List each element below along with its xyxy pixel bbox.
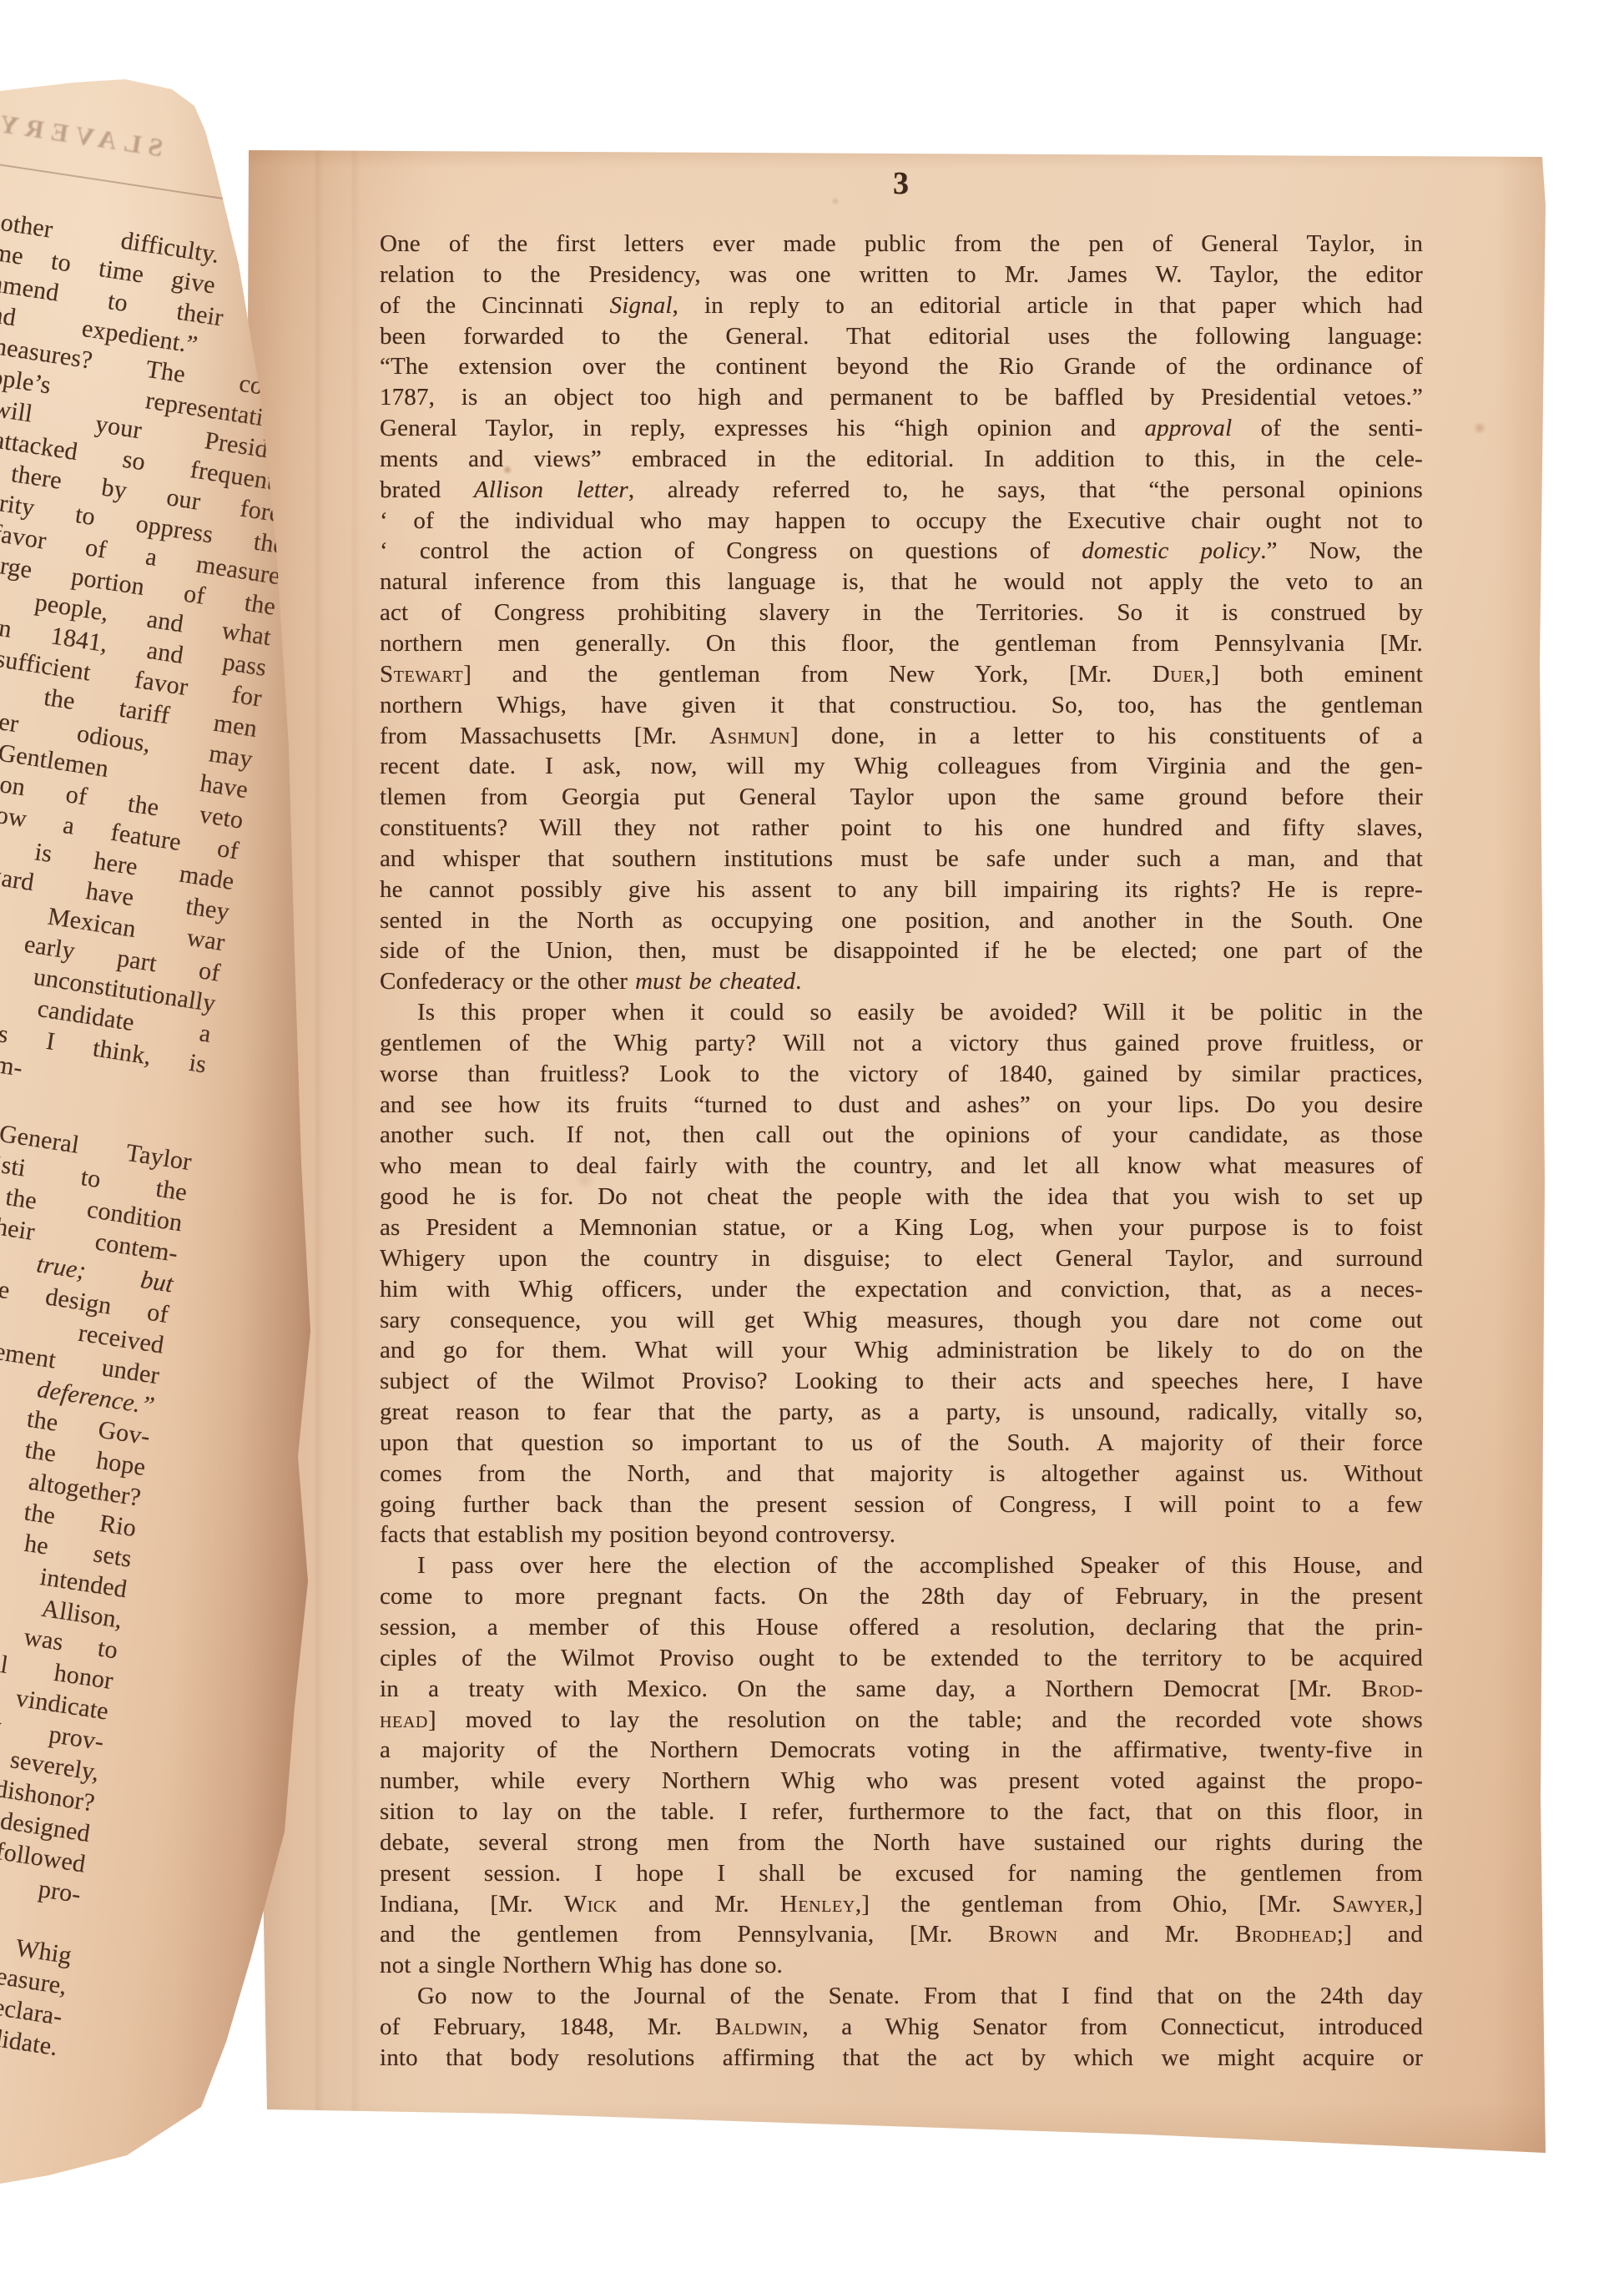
book-page-right: 3 One of the first letters ever made pub… xyxy=(244,147,1546,2160)
text-line: another such. If not, then call out the … xyxy=(380,1120,1423,1151)
text-line: One of the first letters ever made publi… xyxy=(380,229,1423,260)
text-line: act of Congress prohibiting slavery in t… xyxy=(380,597,1423,628)
text-line: session, a member of this House offered … xyxy=(380,1612,1423,1643)
text-line: good he is for. Do not cheat the people … xyxy=(380,1182,1423,1212)
text-line: great reason to fear that the party, as … xyxy=(380,1397,1423,1428)
page-text: One of the first letters ever made publi… xyxy=(380,229,1423,2074)
text-line: he cannot possibly give his assent to an… xyxy=(380,874,1423,905)
text-line: General Taylor, in reply, expresses his … xyxy=(380,413,1423,444)
text-line: Go now to the Journal of the Senate. Fro… xyxy=(380,1981,1423,2012)
text-line: ‘ control the action of Congress on ques… xyxy=(380,536,1423,567)
text-line: sented in the North as occupying one pos… xyxy=(380,905,1423,936)
text-line: from Massachusetts [Mr. Ashmun] done, in… xyxy=(380,721,1423,752)
text-line: going further back than the present sess… xyxy=(380,1489,1423,1520)
text-line: sary consequence, you will get Whig meas… xyxy=(380,1305,1423,1336)
text-line: Indiana, [Mr. Wick and Mr. Henley,] the … xyxy=(380,1889,1423,1920)
text-line: in a treaty with Mexico. On the same day… xyxy=(380,1674,1423,1705)
text-line: him with Whig officers, under the expect… xyxy=(380,1274,1423,1305)
text-line: come to more pregnant facts. On the 28th… xyxy=(380,1581,1423,1612)
text-line: a majority of the Northern Democrats vot… xyxy=(380,1735,1423,1766)
text-line: as President a Memnonian statue, or a Ki… xyxy=(380,1212,1423,1243)
text-line: northern Whigs, have given it that const… xyxy=(380,690,1423,721)
text-line: side of the Union, then, must be disappo… xyxy=(380,935,1423,966)
text-line: 1787, is an object too high and permanen… xyxy=(380,382,1423,413)
page-number: 3 xyxy=(380,165,1423,202)
text-line: ciples of the Wilmot Proviso ought to be… xyxy=(380,1643,1423,1674)
text-line: ments and views” embraced in the editori… xyxy=(380,444,1423,475)
text-line: not a single Northern Whig has done so. xyxy=(380,1950,1423,1981)
text-line: of February, 1848, Mr. Baldwin, a Whig S… xyxy=(380,2012,1423,2043)
showthrough-header: SLAVERY xyxy=(0,108,165,163)
text-line: of the Cincinnati Signal, in reply to an… xyxy=(380,290,1423,321)
text-line: comes from the North, and that majority … xyxy=(380,1459,1423,1489)
text-line: into that body resolutions affirming tha… xyxy=(380,2043,1423,2074)
text-line: debate, several strong men from the Nort… xyxy=(380,1827,1423,1858)
text-line: tlemen from Georgia put General Taylor u… xyxy=(380,782,1423,813)
text-line: upon that question so important to us of… xyxy=(380,1428,1423,1459)
text-line: and see how its fruits “turned to dust a… xyxy=(380,1090,1423,1121)
text-line: been forwarded to the General. That edit… xyxy=(380,321,1423,352)
text-line: constituents? Will they not rather point… xyxy=(380,813,1423,844)
text-line: “The extension over the continent beyond… xyxy=(380,351,1423,382)
text-line: I pass over here the election of the acc… xyxy=(380,1550,1423,1581)
text-line: Is this proper when it could so easily b… xyxy=(380,997,1423,1028)
text-line: northern men generally. On this floor, t… xyxy=(380,628,1423,659)
text-line: recent date. I ask, now, will my Whig co… xyxy=(380,751,1423,782)
page-edge-shade xyxy=(1495,147,1546,2160)
text-line: gentlemen of the Whig party? Will not a … xyxy=(380,1028,1423,1059)
showthrough-header-wrap: SLAVERY xyxy=(0,108,165,163)
text-line: and the gentlemen from Pennsylvania, [Mr… xyxy=(380,1919,1423,1950)
text-line: sition to lay on the table. I refer, fur… xyxy=(380,1797,1423,1827)
text-line: facts that establish my position beyond … xyxy=(380,1520,1423,1550)
text-line: present session. I hope I shall be excus… xyxy=(380,1858,1423,1889)
text-line: natural inference from this language is,… xyxy=(380,567,1423,597)
text-line: Confederacy or the other must be cheated… xyxy=(380,966,1423,997)
photo-background: 3 One of the first letters ever made pub… xyxy=(0,0,1624,2273)
text-line: ‘ of the individual who may happen to oc… xyxy=(380,506,1423,537)
text-line: and whisper that southern institutions m… xyxy=(380,844,1423,874)
text-line: who mean to deal fairly with the country… xyxy=(380,1151,1423,1182)
showthrough-header-rule xyxy=(0,163,255,204)
page-edge-shade xyxy=(244,2101,1546,2160)
text-line: Stewart] and the gentleman from New York… xyxy=(380,659,1423,690)
text-line: head] moved to lay the resolution on the… xyxy=(380,1705,1423,1736)
text-line: relation to the Presidency, was one writ… xyxy=(380,260,1423,290)
text-line: and go for them. What will your Whig adm… xyxy=(380,1335,1423,1366)
text-line: number, while every Northern Whig who wa… xyxy=(380,1766,1423,1797)
text-line: subject of the Wilmot Proviso? Looking t… xyxy=(380,1366,1423,1397)
text-line: Whigery upon the country in disguise; to… xyxy=(380,1243,1423,1274)
text-line: brated Allison letter, already referred … xyxy=(380,475,1423,506)
text-line: worse than fruitless? Look to the victor… xyxy=(380,1059,1423,1090)
